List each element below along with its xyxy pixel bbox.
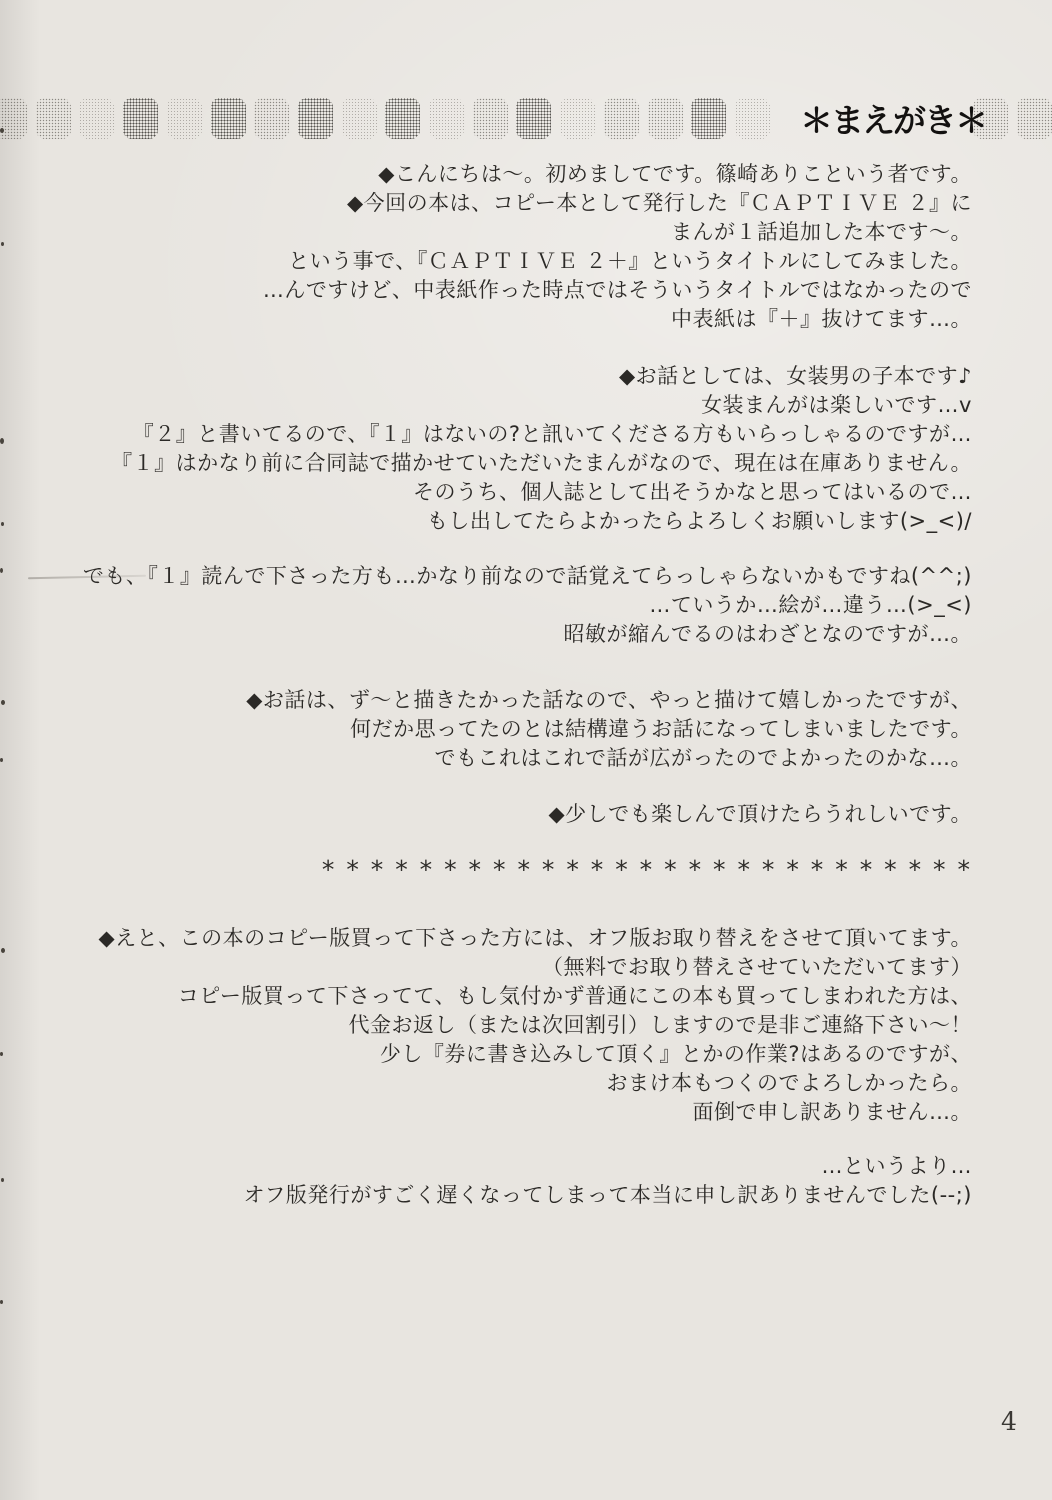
halftone-square [298,98,333,139]
halftone-square [123,98,158,139]
scan-speck [0,1300,3,1304]
apology-paragraph: …というより… オフ版発行がすごく遅くなってしまって本当に申し訳ありませんでした… [60,1152,972,1210]
copy-version-notice-paragraph: ◆えと、この本のコピー版買って下さった方には、オフ版お取り替えをさせて頂いてます… [60,924,972,1127]
about-story-paragraph: ◆お話としては、女装男の子本です♪ 女装まんがは楽しいです…v 『２』と書いてる… [60,362,972,536]
scan-speck [0,128,4,133]
scan-speck [0,758,3,762]
hope-line: ◆少しでも楽しんで頂けたらうれしいです。 [60,800,972,829]
scan-speck [0,568,3,573]
scan-speck [1,1178,4,1182]
halftone-square [36,98,71,139]
scan-speck [0,438,4,444]
halftone-square [79,98,114,139]
halftone-square [604,98,639,139]
scan-speck [0,1052,3,1056]
scan-speck [1,522,4,526]
halftone-square [691,98,726,139]
halftone-square [560,98,595,139]
page-number: 4 [1001,1407,1017,1436]
intro-paragraph: ◆こんにちは～。初めましてです。篠崎ありこという者です。 ◆今回の本は、コピー本… [60,160,972,334]
halftone-square [0,98,27,139]
halftone-square [385,98,420,139]
halftone-square [211,98,246,139]
scan-speck [1,700,5,705]
scan-speck [1,948,5,953]
halftone-square [516,98,551,139]
halftone-square [735,98,770,139]
halftone-square [254,98,289,139]
halftone-square [473,98,508,139]
page-title: ＊まえがき＊ [800,95,986,142]
halftone-square [1017,98,1052,139]
halftone-square [429,98,464,139]
halftone-square [167,98,202,139]
scanned-preface-page: ＊まえがき＊ ◆こんにちは～。初めましてです。篠崎ありこという者です。 ◆今回の… [0,0,1052,1500]
halftone-square [648,98,683,139]
halftone-square [342,98,377,139]
asterisk-separator: * * * * * * * * * * * * * * * * * * * * … [60,855,972,884]
about-part1-paragraph: でも、『１』読んで下さった方も…かなり前なので話覚えてらっしゃらないかもですね(… [60,562,972,649]
scan-speck [1,242,4,246]
story-feelings-paragraph: ◆お話は、ず～と描きたかった話なので、やっと描けて嬉しかったですが、 何だか思っ… [60,686,972,773]
